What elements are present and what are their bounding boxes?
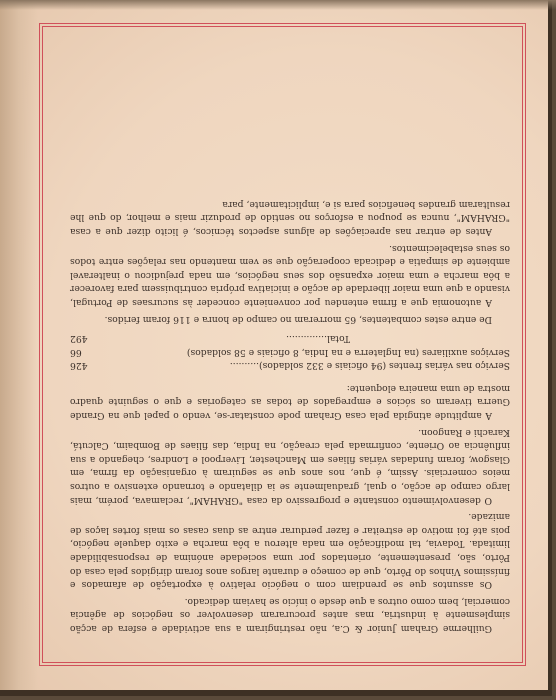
- table-total-value: 492: [70, 332, 104, 346]
- paragraph-development: O desenvolvimento constante e progressiv…: [70, 425, 510, 507]
- table-row-value: 66: [70, 345, 104, 359]
- war-service-table: Serviço nas várias frentes (94 oficiais …: [70, 332, 510, 373]
- page-text-rotated: Guilherme Graham Junior & C.a, não restr…: [70, 70, 510, 635]
- table-row-label: Serviços auxiliares (na Inglaterra e na …: [104, 345, 510, 359]
- book-spine-shadow: [0, 0, 38, 690]
- page-top-edge: [0, 0, 556, 10]
- table-total-row: Total.............. 492: [70, 332, 510, 346]
- paragraph-graham-activity: Guilherme Graham Junior & C.a, não restr…: [70, 594, 510, 635]
- paragraph-port-wine: Os assuntos que se prendiam com o negóci…: [70, 510, 510, 592]
- table-row: Serviço nas várias frentes (94 oficiais …: [70, 359, 510, 373]
- table-total-label: Total..............: [104, 332, 350, 346]
- table-row-label: Serviço nas várias frentes (94 oficiais …: [104, 359, 510, 373]
- paragraph-technical: Antes de entrar nas apreciações de algun…: [70, 197, 510, 238]
- table-row: Serviços auxiliares (na Inglaterra e na …: [70, 345, 510, 359]
- paragraph-autonomy: A autonomia que a firma entendeu por con…: [70, 241, 510, 309]
- table-row-value: 426: [70, 359, 104, 373]
- paragraph-great-war: A amplitude atingida pela casa Graham po…: [70, 381, 510, 422]
- paragraph-casualties: De entre estes combatentes, 65 morreram …: [70, 312, 510, 326]
- book-page: Guilherme Graham Junior & C.a, não restr…: [0, 0, 552, 696]
